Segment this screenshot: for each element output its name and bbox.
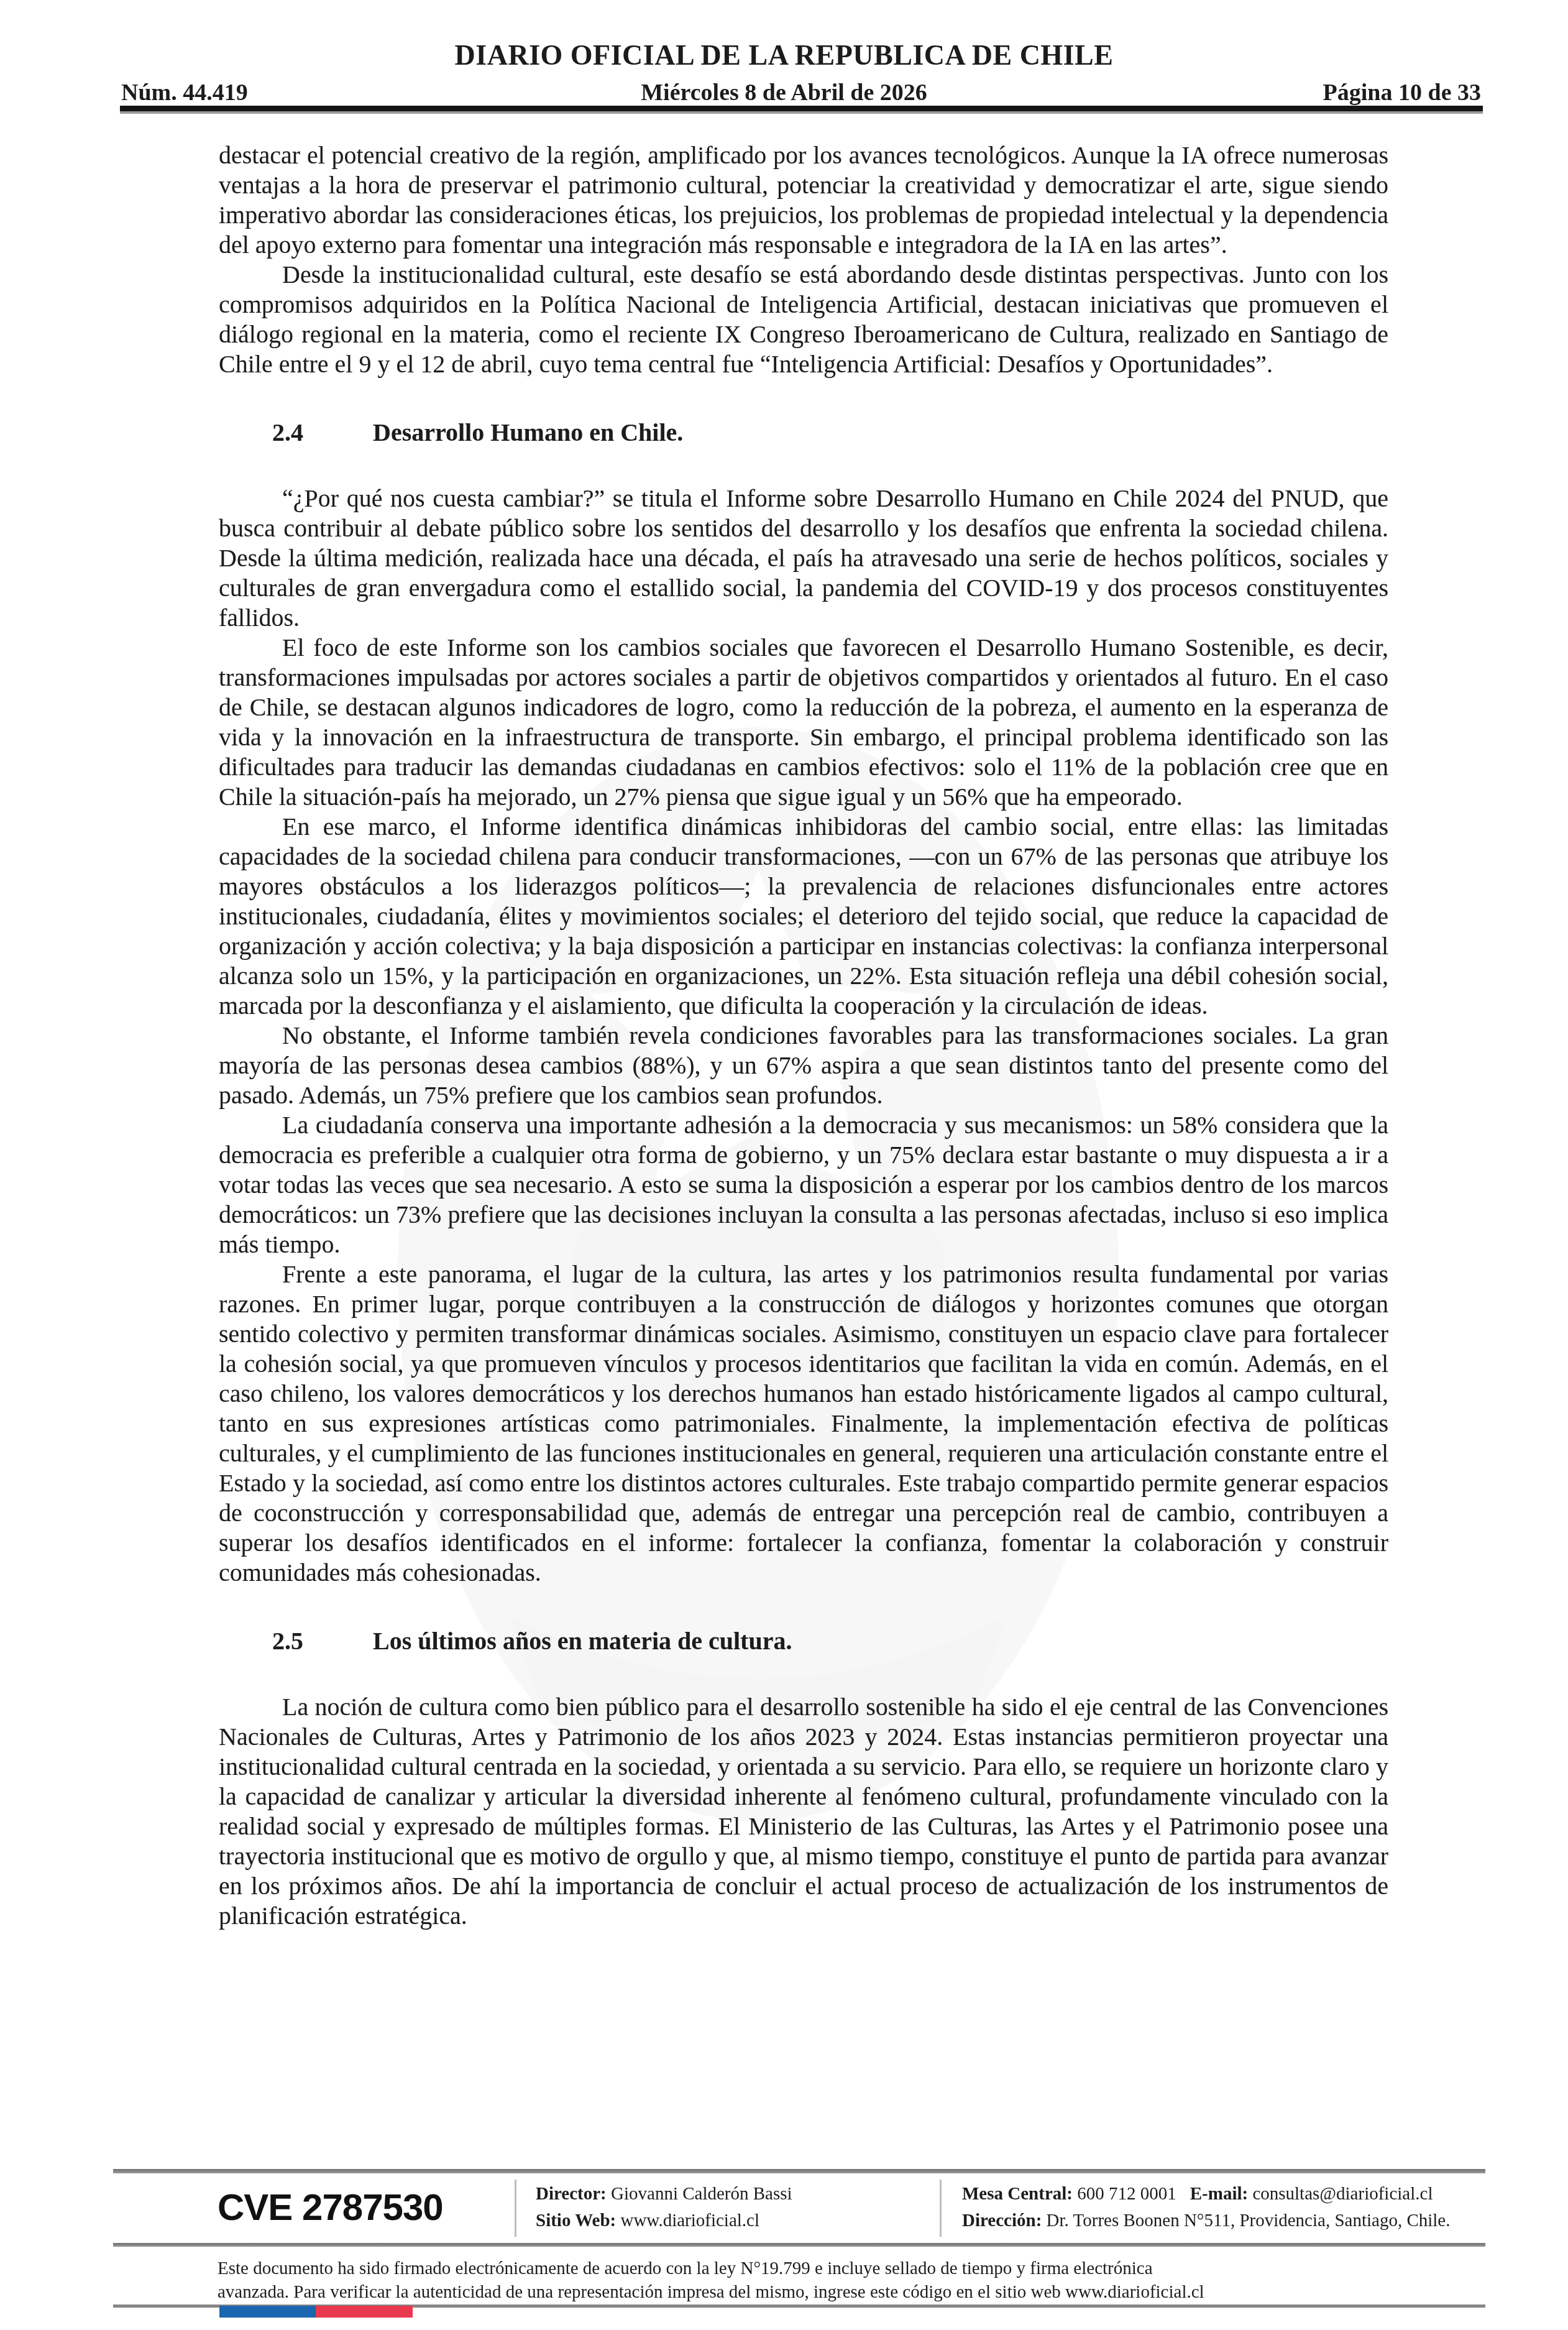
paragraph: Frente a este panorama, el lugar de la c… [219, 1259, 1388, 1588]
section-title: Los últimos años en materia de cultura. [373, 1627, 792, 1655]
section-heading-2-5: 2.5Los últimos años en materia de cultur… [219, 1626, 1388, 1656]
footer-rule-middle [113, 2243, 1485, 2247]
flag-red-segment [316, 2306, 413, 2318]
chile-flag-bar [219, 2306, 413, 2318]
document-body: destacar el potencial creativo de la reg… [219, 140, 1388, 2155]
paragraph: Desde la institucionalidad cultural, est… [219, 260, 1388, 379]
address-line: Dirección: Dr. Torres Boonen N°511, Prov… [962, 2208, 1450, 2234]
paragraph: La noción de cultura como bien público p… [219, 1692, 1388, 1931]
paragraph: “¿Por qué nos cuesta cambiar?” se titula… [219, 484, 1388, 633]
email-address: consultas@diarioficial.cl [1252, 2184, 1433, 2204]
website-label: Sitio Web: [536, 2211, 616, 2231]
footer-divider [940, 2180, 942, 2237]
header-rule [120, 106, 1483, 114]
cve-code: CVE 2787530 [218, 2186, 443, 2229]
website-line: Sitio Web: www.diarioficial.cl [536, 2208, 792, 2234]
disclaimer-line-1: Este documento ha sido firmado electróni… [218, 2257, 1398, 2280]
flag-blue-segment [219, 2306, 316, 2318]
section-number: 2.4 [272, 418, 373, 448]
paragraph: No obstante, el Informe también revela c… [219, 1021, 1388, 1110]
paragraph: La ciudadanía conserva una importante ad… [219, 1110, 1388, 1259]
footer-rule-top [113, 2169, 1485, 2173]
section-number: 2.5 [272, 1626, 373, 1656]
phone-number: 600 712 0001 [1077, 2184, 1176, 2204]
footer-contact-block: Mesa Central: 600 712 0001E-mail: consul… [962, 2181, 1450, 2234]
publication-title: DIARIO OFICIAL DE LA REPUBLICA DE CHILE [0, 39, 1568, 71]
signature-disclaimer: Este documento ha sido firmado electróni… [218, 2257, 1398, 2304]
page-indicator: Página 10 de 33 [1323, 79, 1481, 106]
address-label: Dirección: [962, 2211, 1042, 2231]
director-label: Director: [536, 2184, 607, 2204]
section-title: Desarrollo Humano en Chile. [373, 418, 683, 446]
page-header: DIARIO OFICIAL DE LA REPUBLICA DE CHILE … [0, 0, 1568, 114]
email-label: E-mail: [1190, 2184, 1248, 2204]
section-heading-2-4: 2.4Desarrollo Humano en Chile. [219, 418, 1388, 448]
director-line: Director: Giovanni Calderón Bassi [536, 2181, 792, 2208]
footer-divider [515, 2180, 516, 2237]
address-text: Dr. Torres Boonen N°511, Providencia, Sa… [1047, 2211, 1451, 2231]
footer-director-block: Director: Giovanni Calderón Bassi Sitio … [536, 2181, 792, 2234]
website-url: www.diarioficial.cl [620, 2211, 759, 2231]
paragraph-continuation: destacar el potencial creativo de la reg… [219, 140, 1388, 260]
paragraph: En ese marco, el Informe identifica diná… [219, 812, 1388, 1021]
document-page: DIARIO OFICIAL DE LA REPUBLICA DE CHILE … [0, 0, 1568, 2330]
paragraph: El foco de este Informe son los cambios … [219, 633, 1388, 812]
phone-email-line: Mesa Central: 600 712 0001E-mail: consul… [962, 2181, 1450, 2208]
director-name: Giovanni Calderón Bassi [611, 2184, 792, 2204]
disclaimer-line-2: avanzada. Para verificar la autenticidad… [218, 2280, 1398, 2304]
phone-label: Mesa Central: [962, 2184, 1073, 2204]
